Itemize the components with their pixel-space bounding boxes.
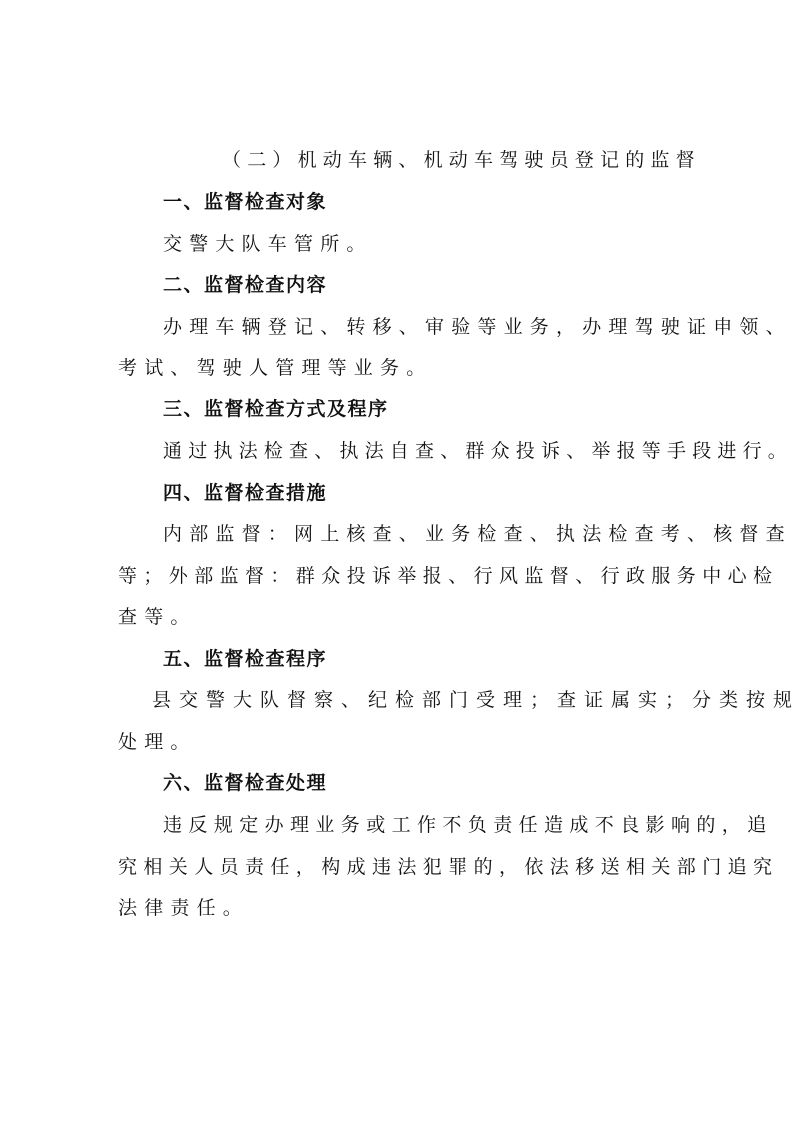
section-1-heading: 一、监督检查对象	[163, 190, 327, 214]
section-2-heading: 二、监督检查内容	[163, 273, 327, 297]
section-6-heading: 六、监督检查处理	[163, 771, 327, 795]
section-2-text-line-2: 考试、驾驶人管理等业务。	[118, 356, 432, 380]
section-4-text-line-3: 查等。	[118, 605, 197, 629]
section-5-heading: 五、监督检查程序	[163, 647, 327, 671]
section-6-text-line-2: 究相关人员责任，构成违法犯罪的，依法移送相关部门追究	[118, 855, 778, 879]
section-3-heading: 三、监督检查方式及程序	[163, 397, 389, 421]
section-6-text-line-3: 法律责任。	[118, 896, 249, 920]
section-1-text: 交警大队车管所。	[163, 232, 373, 256]
section-6-text-line-1: 违反规定办理业务或工作不负责任造成不良影响的，追	[163, 813, 773, 837]
section-3-text: 通过执法检查、执法自查、群众投诉、举报等手段进行。	[163, 439, 793, 463]
section-5-text-line-1: 县交警大队督察、纪检部门受理；查证属实；分类按规	[152, 688, 793, 712]
section-4-text-line-2: 等；外部监督：群众投诉举报、行风监督、行政服务中心检	[118, 564, 778, 588]
section-4-heading: 四、监督检查措施	[163, 481, 327, 505]
section-4-text-line-1: 内部监督：网上核查、业务检查、执法检查考、核督查	[163, 522, 792, 546]
document-title: （二）机动车辆、机动车驾驶员登记的监督	[222, 148, 701, 172]
section-5-text-line-2: 处理。	[118, 730, 197, 754]
section-2-text-line-1: 办理车辆登记、转移、审验等业务，办理驾驶证申领、	[163, 315, 792, 339]
